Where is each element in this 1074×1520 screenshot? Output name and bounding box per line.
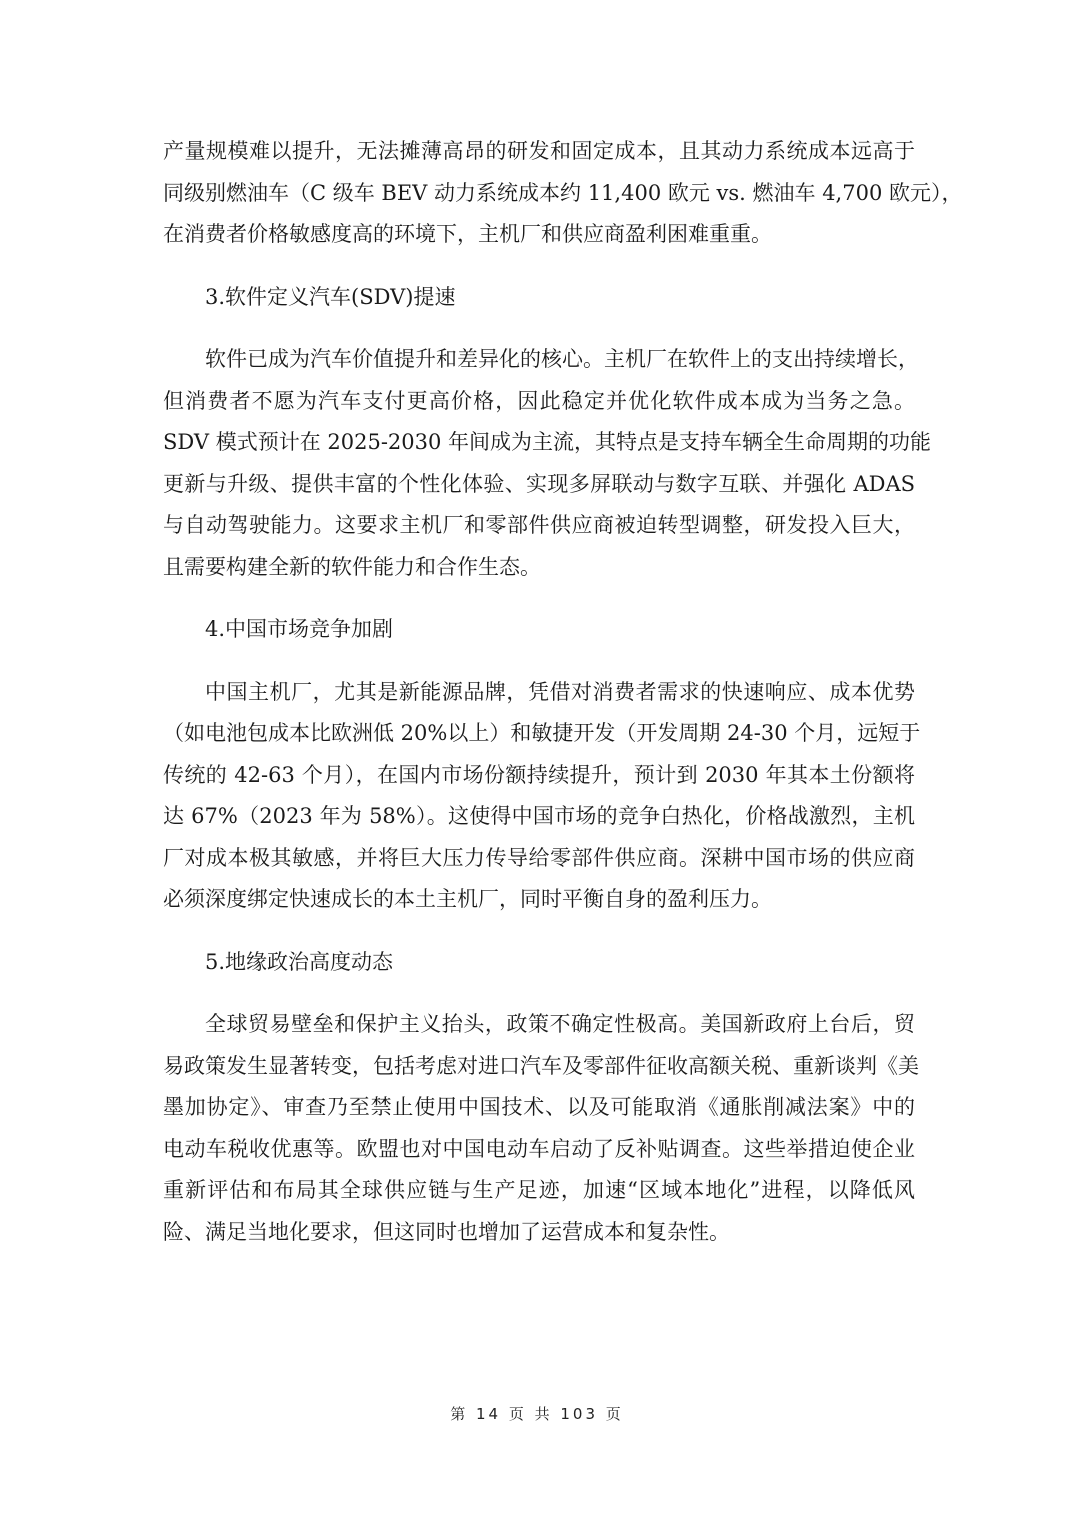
page-number-footer: 第 14 页 共 103 页: [0, 1403, 1074, 1424]
text-line: 传统的 42-63 个月），在国内市场份额持续提升，预计到 2030 年其本土份…: [163, 755, 915, 797]
page-body: 产量规模难以提升，无法摊薄高昂的研发和固定成本，且其动力系统成本远高于 同级别燃…: [163, 131, 915, 1253]
paragraph-spacing: [163, 651, 915, 672]
paragraph-spacing: [163, 921, 915, 942]
text-line: 软件已成为汽车价值提升和差异化的核心。主机厂在软件上的支出持续增长，: [163, 339, 915, 381]
text-line: 电动车税收优惠等。欧盟也对中国电动车启动了反补贴调查。这些举措迫使企业: [163, 1129, 915, 1171]
text-line: 中国主机厂，尤其是新能源品牌，凭借对消费者需求的快速响应、成本优势: [163, 672, 915, 714]
text-line: SDV 模式预计在 2025-2030 年间成为主流，其特点是支持车辆全生命周期…: [163, 422, 915, 464]
text-line: 在消费者价格敏感度高的环境下，主机厂和供应商盈利困难重重。: [163, 214, 915, 256]
text-line: 与自动驾驶能力。这要求主机厂和零部件供应商被迫转型调整，研发投入巨大，: [163, 505, 915, 547]
text-line: 厂对成本极其敏感，并将巨大压力传导给零部件供应商。深耕中国市场的供应商: [163, 838, 915, 880]
text-line: 产量规模难以提升，无法摊薄高昂的研发和固定成本，且其动力系统成本远高于: [163, 131, 915, 173]
paragraph-china-market: 中国主机厂，尤其是新能源品牌，凭借对消费者需求的快速响应、成本优势 （如电池包成…: [163, 672, 915, 921]
text-line: 险、满足当地化要求，但这同时也增加了运营成本和复杂性。: [163, 1212, 915, 1254]
text-line: 必须深度绑定快速成长的本土主机厂，同时平衡自身的盈利压力。: [163, 879, 915, 921]
text-line: 但消费者不愿为汽车支付更高价格，因此稳定并优化软件成本成为当务之急。: [163, 381, 915, 423]
text-line: （如电池包成本比欧洲低 20%以上）和敏捷开发（开发周期 24-30 个月，远短…: [163, 713, 915, 755]
text-line: 同级别燃油车（C 级车 BEV 动力系统成本约 11,400 欧元 vs. 燃油…: [163, 173, 915, 215]
text-line: 易政策发生显著转变，包括考虑对进口汽车及零部件征收高额关税、重新谈判《美: [163, 1046, 915, 1088]
paragraph-geopolitics: 全球贸易壁垒和保护主义抬头，政策不确定性极高。美国新政府上台后，贸 易政策发生显…: [163, 1004, 915, 1253]
section-heading-sdv: 3.软件定义汽车(SDV)提速: [163, 277, 915, 319]
paragraph-spacing: [163, 256, 915, 277]
paragraph-sdv: 软件已成为汽车价值提升和差异化的核心。主机厂在软件上的支出持续增长， 但消费者不…: [163, 339, 915, 588]
section-heading-geopolitics: 5.地缘政治高度动态: [163, 942, 915, 984]
text-line: 且需要构建全新的软件能力和合作生态。: [163, 547, 915, 589]
text-line: 墨加协定》、审查乃至禁止使用中国技术、以及可能取消《通胀削减法案》中的: [163, 1087, 915, 1129]
paragraph-cost-continuation: 产量规模难以提升，无法摊薄高昂的研发和固定成本，且其动力系统成本远高于 同级别燃…: [163, 131, 915, 256]
paragraph-spacing: [163, 588, 915, 609]
text-line: 重新评估和布局其全球供应链与生产足迹，加速“区域本地化”进程，以降低风: [163, 1170, 915, 1212]
paragraph-spacing: [163, 318, 915, 339]
section-heading-china-market: 4.中国市场竞争加剧: [163, 609, 915, 651]
text-line: 更新与升级、提供丰富的个性化体验、实现多屏联动与数字互联、并强化 ADAS: [163, 464, 915, 506]
paragraph-spacing: [163, 983, 915, 1004]
text-line: 达 67%（2023 年为 58%）。这使得中国市场的竞争白热化，价格战激烈，主…: [163, 796, 915, 838]
text-line: 全球贸易壁垒和保护主义抬头，政策不确定性极高。美国新政府上台后，贸: [163, 1004, 915, 1046]
document-page: 产量规模难以提升，无法摊薄高昂的研发和固定成本，且其动力系统成本远高于 同级别燃…: [0, 0, 1074, 1520]
